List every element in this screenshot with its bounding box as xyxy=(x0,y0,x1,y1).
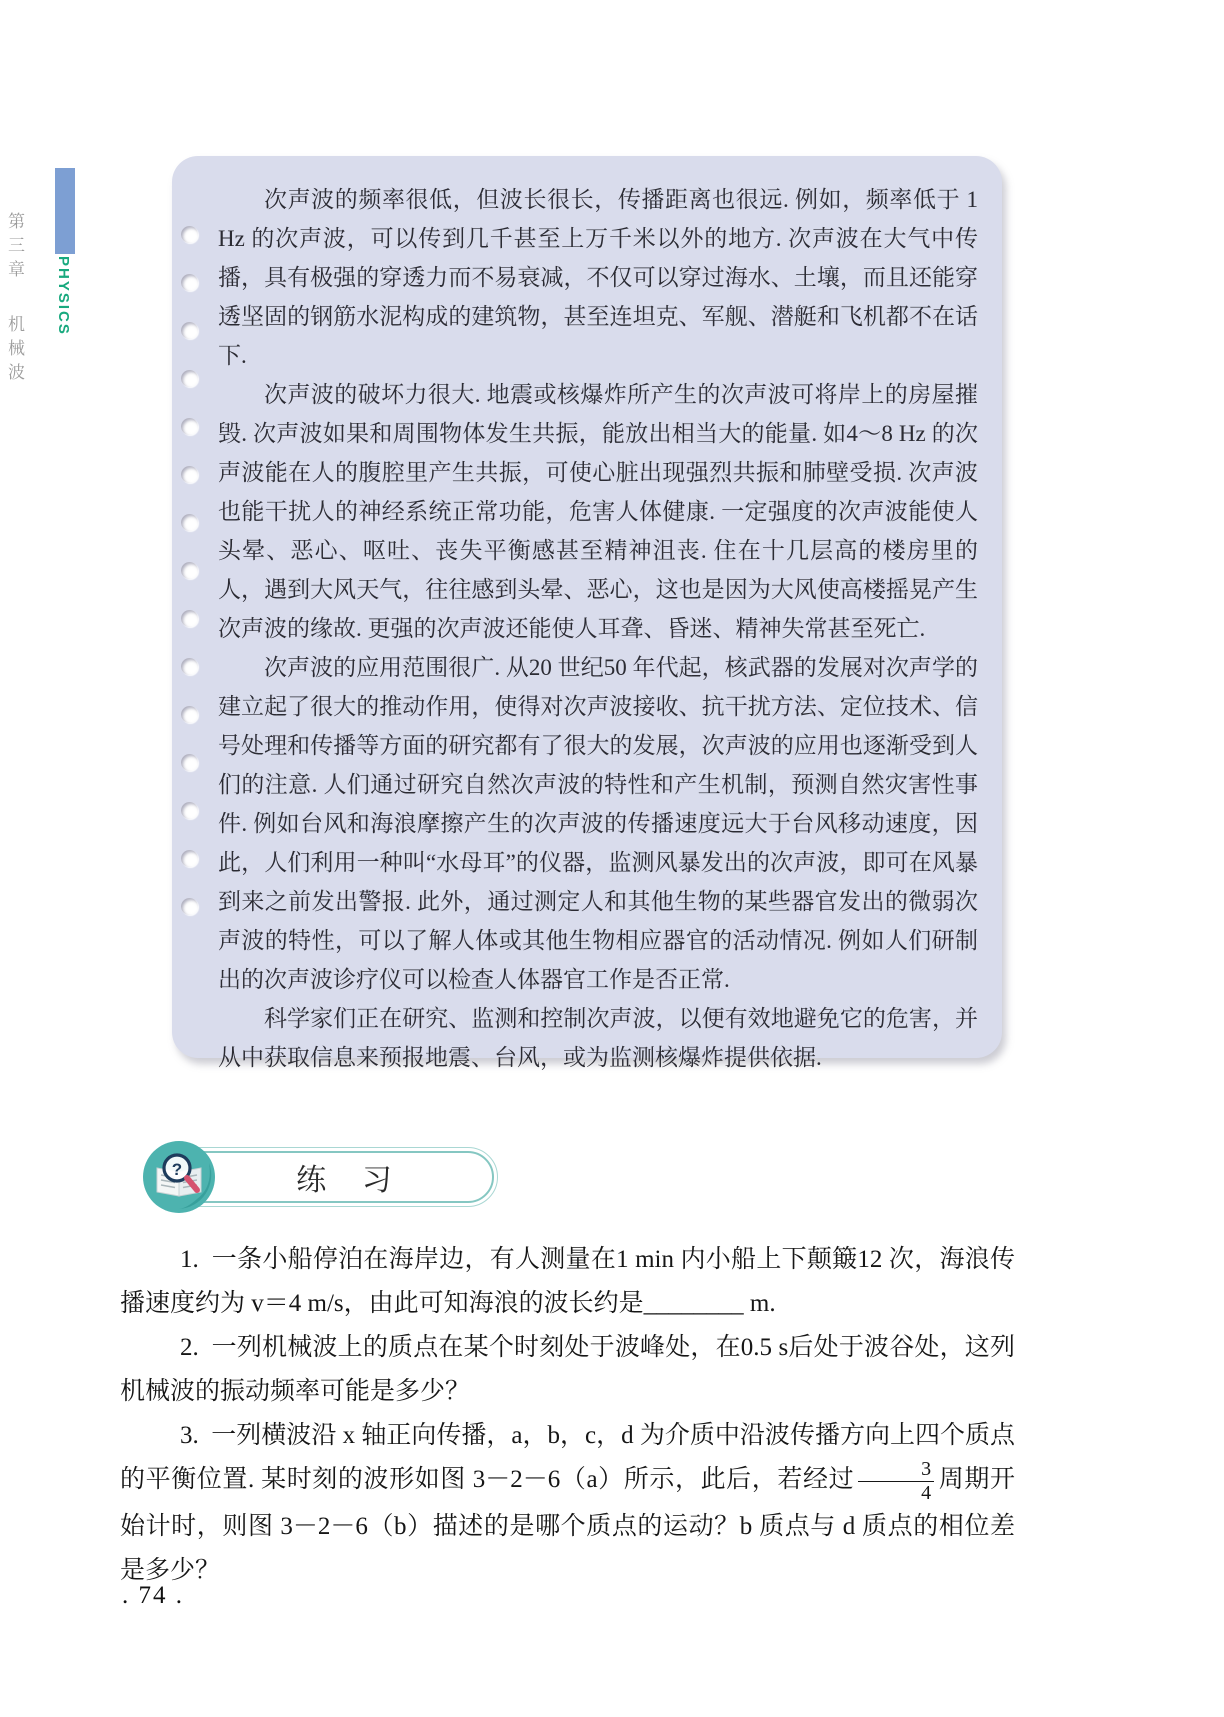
binder-hole xyxy=(181,418,198,435)
fraction-denominator: 4 xyxy=(861,1482,931,1505)
exercise-title: 练 习 xyxy=(256,1155,406,1199)
binder-holes xyxy=(181,226,198,915)
exercise-item-1: 1. 一条小船停泊在海岸边，有人测量在1 min 内小船上下颠簸12 次，海浪传… xyxy=(120,1238,1015,1326)
magnifier-book-icon: ? xyxy=(140,1138,218,1216)
page-number: . 74 . xyxy=(122,1582,184,1610)
svg-text:?: ? xyxy=(172,1160,182,1179)
chapter-vertical-label: 第三章 机械波 xyxy=(2,212,27,387)
exercise-section-header: 练 习 ? xyxy=(140,1138,520,1218)
exercise-item-3: 3. 一列横波沿 x 轴正向传播，a，b，c，d 为介质中沿波传播方向上四个质点… xyxy=(120,1414,1015,1593)
binder-hole xyxy=(181,610,198,627)
fraction-numerator: 3 xyxy=(858,1458,934,1482)
exercise-number: 1. xyxy=(180,1246,199,1273)
passage-paragraph: 次声波的频率很低，但波长很长，传播距离也很远. 例如，频率低于 1 Hz 的次声… xyxy=(218,180,978,375)
binder-hole xyxy=(181,898,198,915)
reading-passage-box: 次声波的频率很低，但波长很长，传播距离也很远. 例如，频率低于 1 Hz 的次声… xyxy=(172,156,1002,1058)
passage-paragraph: 科学家们正在研究、监测和控制次声波，以便有效地避免它的危害，并从中获取信息来预报… xyxy=(218,999,978,1077)
exercise-text: 一条小船停泊在海岸边，有人测量在1 min 内小船上下颠簸12 次，海浪传播速度… xyxy=(120,1246,1015,1317)
binder-hole xyxy=(181,466,198,483)
binder-hole xyxy=(181,514,198,531)
physics-vertical-label: PHYSICS xyxy=(55,256,75,336)
fraction-three-quarters: 34 xyxy=(858,1458,934,1505)
chapter-color-bar xyxy=(55,168,75,254)
binder-hole xyxy=(181,226,198,243)
binder-hole xyxy=(181,754,198,771)
exercise-list: 1. 一条小船停泊在海岸边，有人测量在1 min 内小船上下颠簸12 次，海浪传… xyxy=(120,1238,1015,1593)
chapter-title: 机械波 xyxy=(5,315,24,387)
binder-hole xyxy=(181,274,198,291)
exercise-text: 一列机械波上的质点在某个时刻处于波峰处，在0.5 s后处于波谷处，这列机械波的振… xyxy=(120,1334,1015,1405)
binder-hole xyxy=(181,658,198,675)
binder-hole xyxy=(181,322,198,339)
binder-hole xyxy=(181,802,198,819)
chapter-number: 第三章 xyxy=(5,212,24,284)
passage-paragraph: 次声波的破坏力很大. 地震或核爆炸所产生的次声波可将岸上的房屋摧毁. 次声波如果… xyxy=(218,375,978,648)
exercise-number: 3. xyxy=(180,1422,199,1449)
exercise-item-2: 2. 一列机械波上的质点在某个时刻处于波峰处，在0.5 s后处于波谷处，这列机械… xyxy=(120,1326,1015,1414)
exercise-number: 2. xyxy=(180,1334,199,1361)
passage-paragraph: 次声波的应用范围很广. 从20 世纪50 年代起，核武器的发展对次声学的建立起了… xyxy=(218,648,978,999)
binder-hole xyxy=(181,706,198,723)
binder-hole xyxy=(181,850,198,867)
binder-hole xyxy=(181,562,198,579)
binder-hole xyxy=(181,370,198,387)
page-margin-sidebar: PHYSICS xyxy=(55,168,81,336)
